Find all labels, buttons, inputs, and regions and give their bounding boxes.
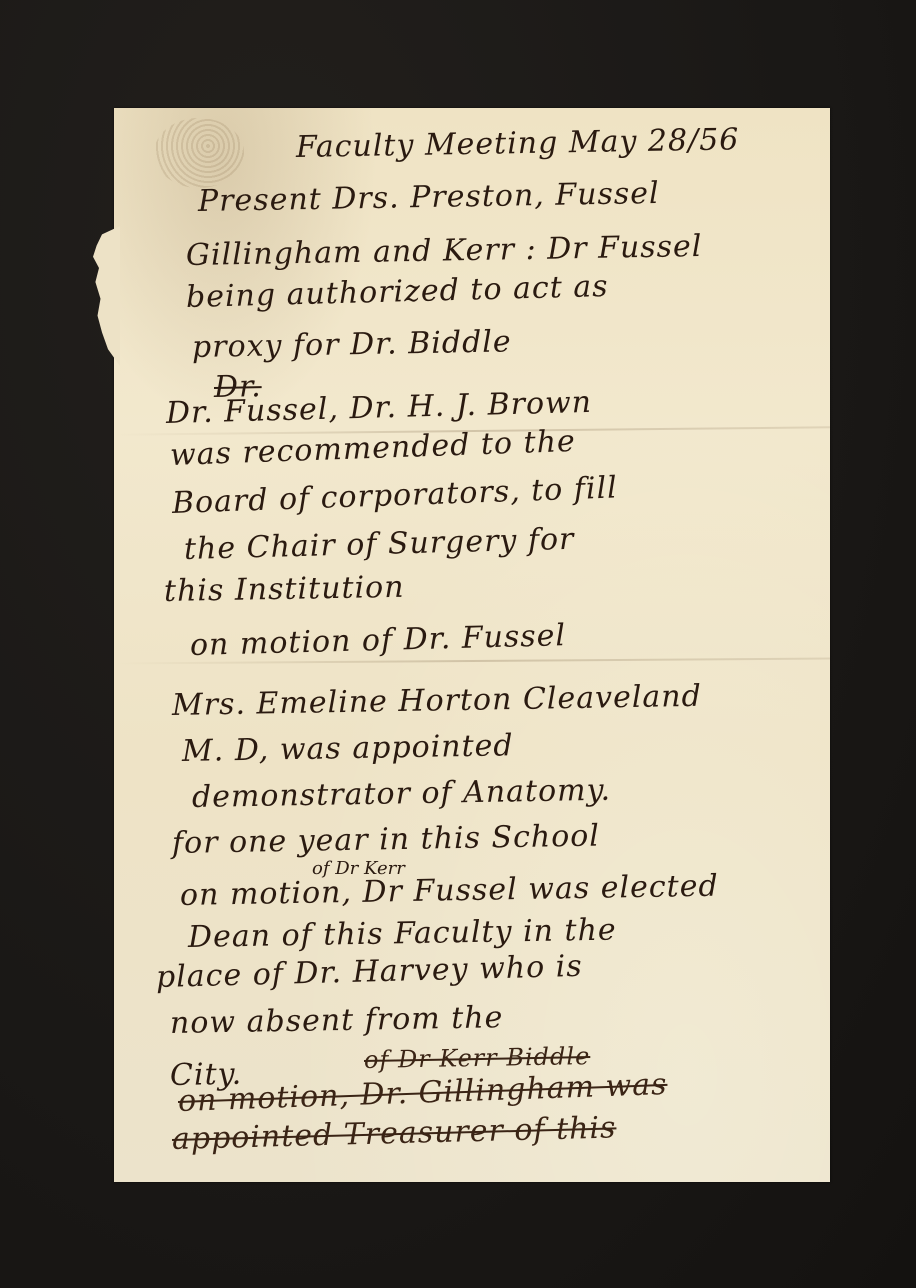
manuscript-line: being authorized to act as — [186, 269, 609, 315]
manuscript-line: now absent from the — [170, 1000, 504, 1041]
manuscript-line: this Institution — [164, 570, 405, 609]
manuscript-line: Mrs. Emeline Horton Cleaveland — [172, 679, 702, 723]
manuscript-line: the Chair of Surgery for — [184, 522, 575, 567]
struck-line: of Dr Kerr Biddle — [364, 1042, 591, 1074]
manuscript-line: demonstrator of Anatomy. — [192, 773, 612, 815]
manuscript-page: Faculty Meeting May 28/56 Present Drs. P… — [114, 108, 830, 1182]
document-heading: Faculty Meeting May 28/56 — [296, 122, 740, 165]
manuscript-line: Present Drs. Preston, Fussel — [198, 176, 660, 219]
manuscript-line: on motion of Dr. Fussel — [190, 618, 567, 663]
manuscript-line: Board of corporators, to fill — [171, 470, 618, 521]
manuscript-line: M. D, was appointed — [182, 728, 514, 769]
manuscript-line: for one year in this School — [172, 819, 600, 861]
manuscript-line: Gillingham and Kerr : Dr Fussel — [186, 229, 703, 273]
manuscript-line: proxy for Dr. Biddle — [192, 324, 512, 365]
fingerprint-smudge — [154, 118, 244, 188]
manuscript-line: was recommended to the — [169, 424, 576, 473]
manuscript-line: place of Dr. Harvey who is — [156, 949, 584, 995]
manuscript-line: on motion, Dr Fussel was elected — [180, 869, 719, 913]
struck-line: appointed Treasurer of this — [172, 1110, 617, 1157]
